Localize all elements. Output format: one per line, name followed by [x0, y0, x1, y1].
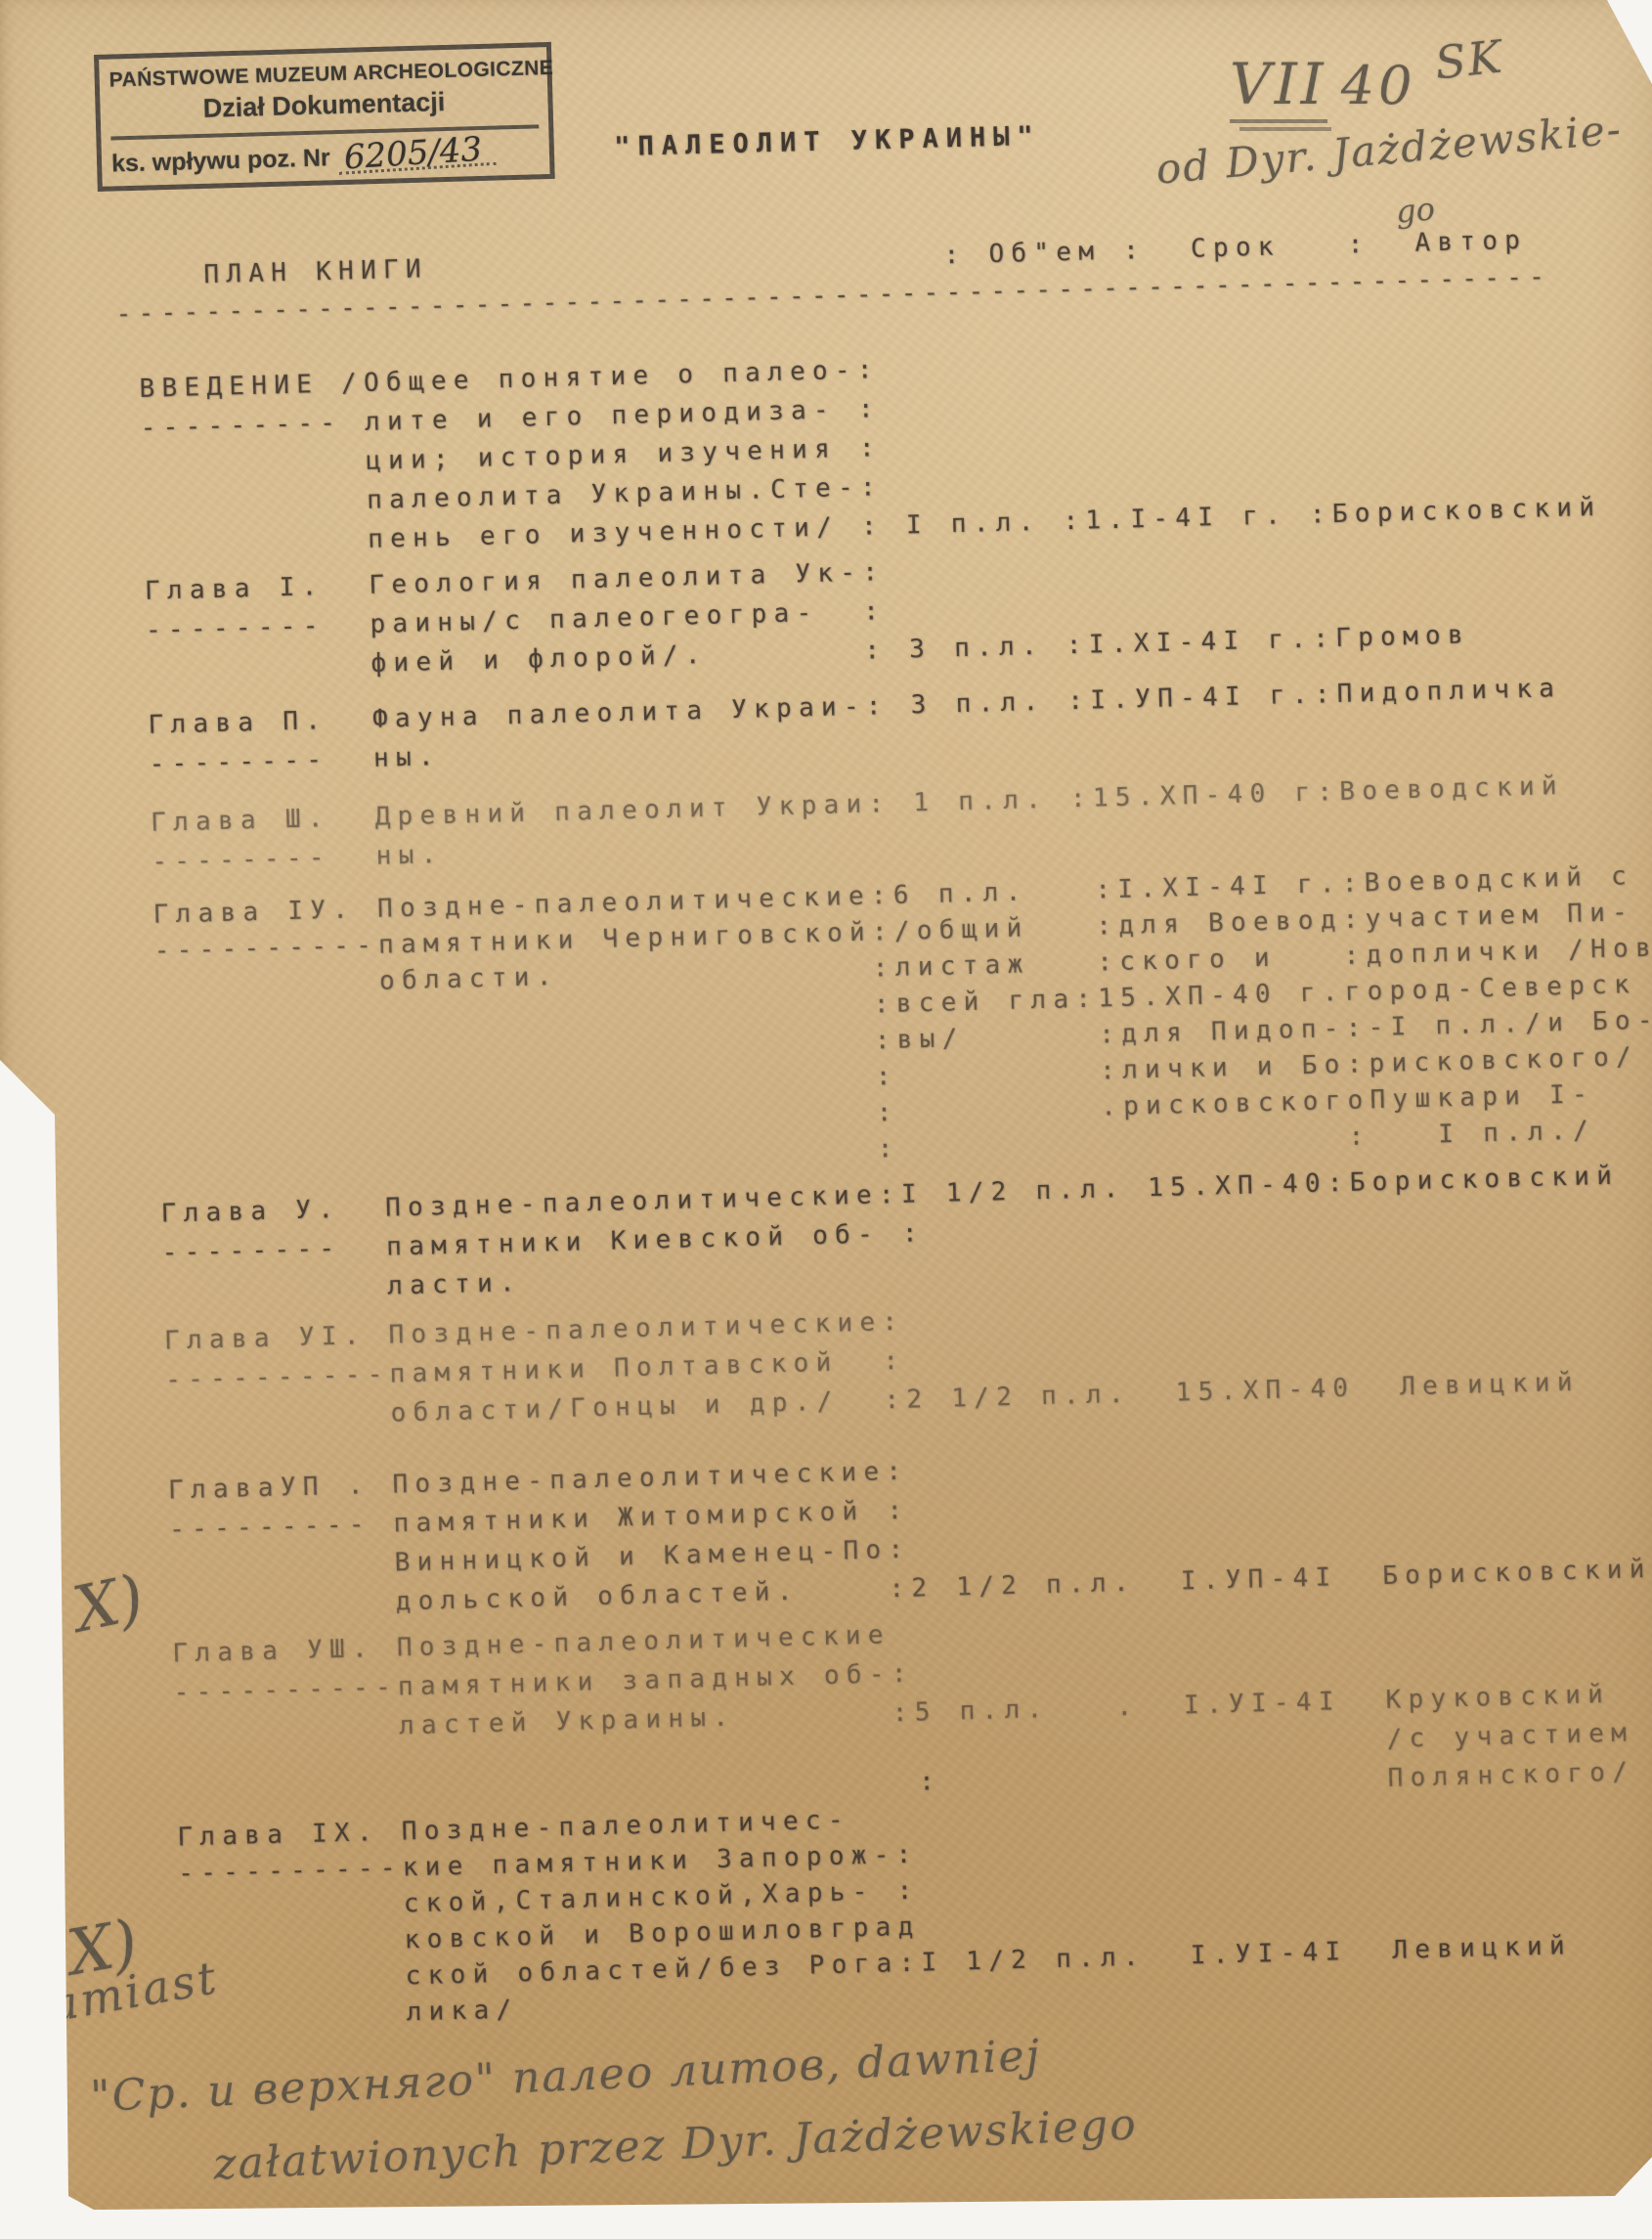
- entry-glava-7: ГлаваУП . Поздне-палеолитические: ------…: [168, 1432, 1652, 1628]
- entry-glava-4: Глава IУ. Поздне-палеолитические:6 п.л. …: [152, 858, 1652, 1187]
- entry-vvedenie: ВВЕДЕНИЕ /Общее понятие о палео-: ------…: [139, 331, 1602, 565]
- handwritten-year: 40: [1341, 55, 1416, 116]
- entry-glava-3: Глава Ш. Древний палеолит Украи: 1 п.л. …: [151, 767, 1566, 882]
- handwritten-date: VII40: [1230, 51, 1415, 117]
- entry-glava-6: Глава УI. Поздне-палеолитические: ------…: [164, 1285, 1581, 1439]
- stray-colon: :: [919, 1767, 935, 1796]
- handwritten-initials: SK: [1432, 29, 1505, 89]
- scanned-page: PAŃSTWOWE MUZEUM ARCHEOLOGICZNE Dział Do…: [0, 0, 1652, 2239]
- handwritten-month: VII: [1230, 51, 1327, 123]
- paper-sheet: PAŃSTWOWE MUZEUM ARCHEOLOGICZNE Dział Do…: [0, 0, 1652, 2239]
- typed-text-layer: "ПАЛЕОЛИТ УКРАИНЫ" ПЛАН КНИГИ : Об"ем : …: [0, 0, 1652, 2239]
- entry-glava-1: Глава I. Геология палеолита Ук-: -------…: [144, 537, 1470, 688]
- entry-glava-2: Глава П. Фауна палеолита Украи-: 3 п.л. …: [148, 669, 1563, 784]
- margin-x-mark-1: X): [67, 1561, 150, 1646]
- entry-glava-9: Глава IX. Поздне-палеолитичес- ---------…: [177, 1783, 1573, 2037]
- document-title: "ПАЛЕОЛИТ УКРАИНЫ": [614, 121, 1041, 162]
- handwritten-from-director-cont: go: [1394, 190, 1436, 230]
